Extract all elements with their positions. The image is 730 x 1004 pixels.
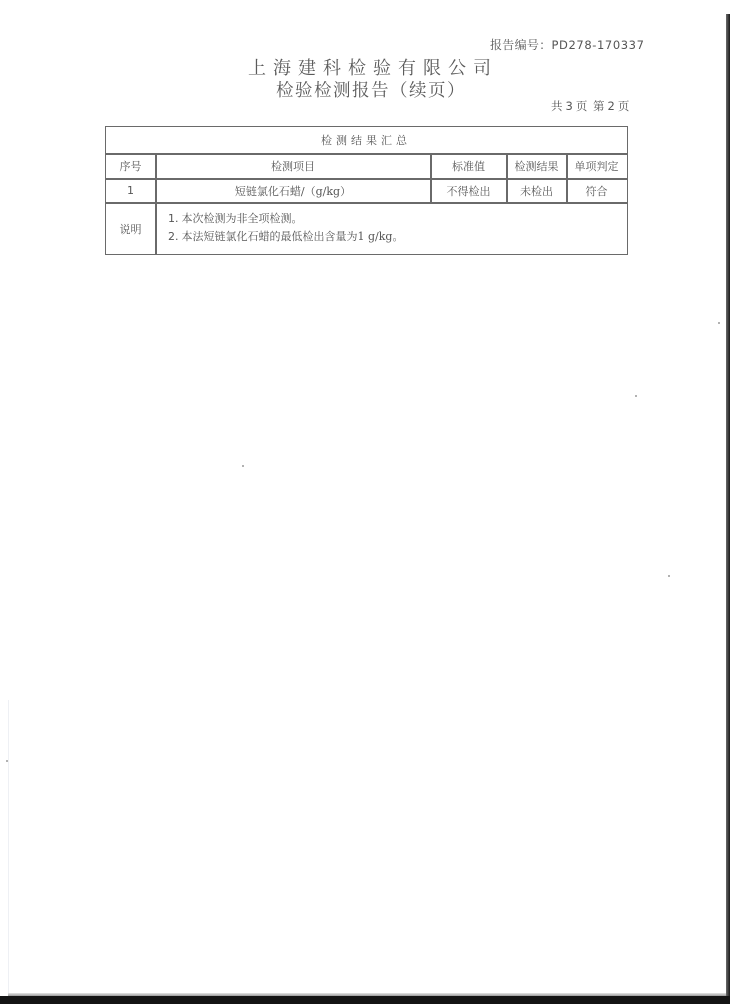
report-number-label: 报告编号： — [490, 38, 552, 52]
item-name: 短链氯化石蜡/（g/kg） — [235, 183, 351, 199]
table-row-result: 未检出 — [507, 179, 566, 202]
note-text: 本法短链氯化石蜡的最低检出含量为1 g/kg。 — [182, 230, 404, 243]
table-row-item: 短链氯化石蜡/（g/kg） — [156, 179, 430, 202]
note-text: 本次检测为非全项检测。 — [182, 212, 303, 225]
page-current-prefix: 第 — [593, 99, 606, 113]
table-row-verdict: 符合 — [567, 179, 626, 202]
note-item: 2.本法短链氯化石蜡的最低检出含量为1 g/kg。 — [168, 228, 403, 246]
report-number-value: PD278-170337 — [552, 38, 645, 52]
page-total-suffix: 页 — [576, 99, 589, 113]
note-item: 1.本次检测为非全项检测。 — [168, 210, 403, 228]
notes-label: 说明 — [106, 204, 155, 254]
table-rule — [106, 202, 627, 204]
page-total-prefix: 共 — [551, 99, 564, 113]
table-row-index: 1 — [106, 179, 155, 202]
scan-edge-right — [726, 14, 730, 996]
note-number: 2. — [168, 230, 179, 243]
document-page: 报告编号：PD278-170337 上海建科检验有限公司 检验检测报告（续页） … — [0, 0, 727, 996]
page-current: 2 — [607, 99, 615, 113]
column-header-result: 检测结果 — [507, 154, 566, 178]
column-header-index: 序号 — [106, 154, 155, 178]
note-number: 1. — [168, 212, 179, 225]
column-header-item: 检测项目 — [156, 154, 430, 178]
scan-speck — [635, 395, 637, 397]
page-current-suffix: 页 — [618, 99, 631, 113]
results-summary-table: 检测结果汇总 序号 检测项目 标准值 检测结果 单项判定 1 短链氯化石蜡/（g… — [105, 126, 628, 255]
table-row-standard: 不得检出 — [431, 179, 506, 202]
scan-edge-left — [8, 700, 9, 993]
scan-speck — [668, 575, 670, 577]
page-total: 3 — [566, 99, 574, 113]
column-header-standard: 标准值 — [431, 154, 506, 178]
scan-speck — [718, 322, 720, 324]
table-caption: 检测结果汇总 — [106, 127, 626, 153]
report-number: 报告编号：PD278-170337 — [490, 36, 645, 53]
scan-speck — [242, 465, 244, 467]
notes-list: 1.本次检测为非全项检测。 2.本法短链氯化石蜡的最低检出含量为1 g/kg。 — [168, 210, 403, 246]
scan-edge-bottom — [0, 996, 730, 1004]
column-header-verdict: 单项判定 — [567, 154, 626, 178]
report-title: 检验检测报告（续页） — [276, 77, 466, 102]
page-count: 共3页 第2页 — [551, 98, 630, 114]
